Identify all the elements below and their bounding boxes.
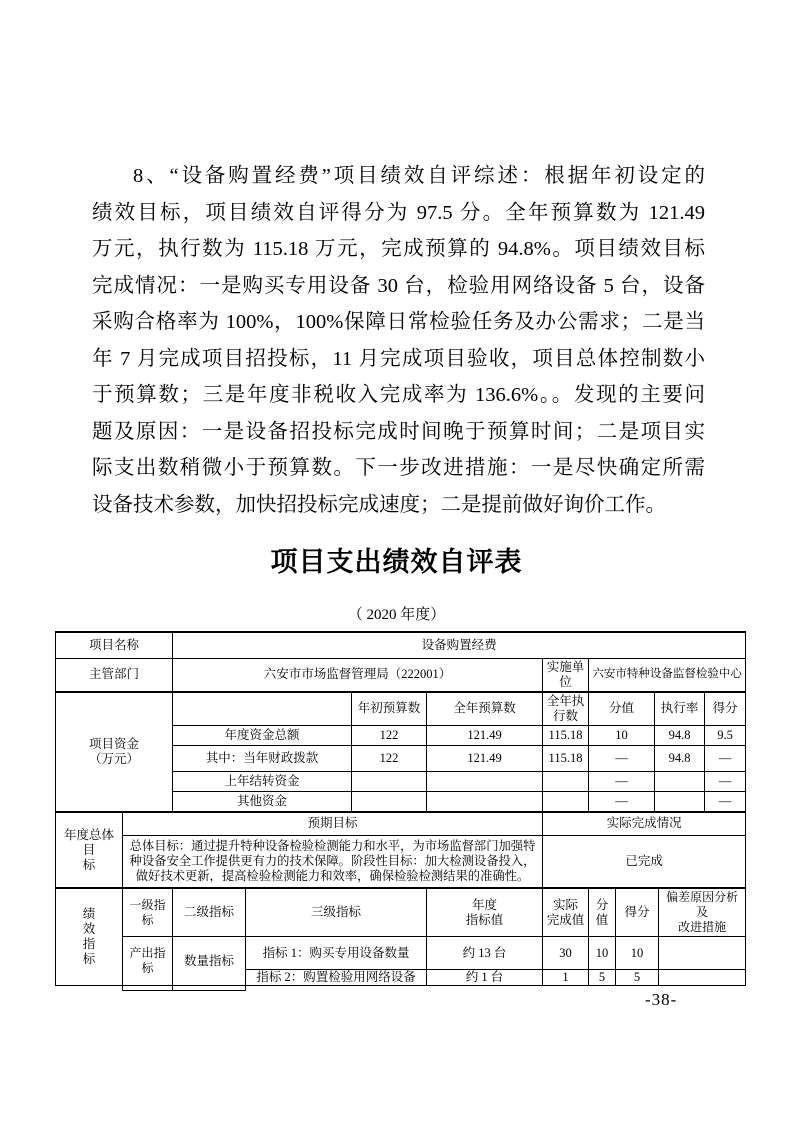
table-pagebreak-line: [122, 986, 123, 991]
table-pagebreak-line: [122, 990, 246, 991]
col-header-annual-executed: 全年执 行数: [543, 692, 589, 726]
cell-goal-label: 年度总体目 标: [56, 812, 123, 888]
cell-funds-rate: 94.8: [655, 725, 705, 745]
cell-indicator-weight: 5: [589, 970, 616, 986]
col-header-level2: 二级指标: [173, 888, 246, 937]
cell-funds-rate: 94.8: [655, 745, 705, 771]
col-header-level3: 三级指标: [246, 888, 427, 937]
cell-impl-unit-value: 六安市特种设备监督检验中心: [589, 658, 746, 692]
page: 8、“设备购置经费”项目绩效自评综述：根据年初设定的 绩效目标，项目绩效自评得分…: [0, 0, 793, 1122]
cell-funds-rate: [655, 771, 705, 791]
cell-funds-initial: 122: [352, 745, 427, 771]
cell-indicator-score: 10: [616, 937, 659, 970]
cell-funds-weight: —: [589, 745, 655, 771]
paragraph-line: 8、“设备购置经费”项目绩效自评综述：根据年初设定的: [92, 158, 705, 195]
self-evaluation-table-grid: 项目名称 设备购置经费 主管部门 六安市市场监督管理局（222001） 实施单 …: [55, 631, 746, 986]
cell-indicator-deviation: [659, 937, 746, 970]
paragraph-line: 完成情况：一是购买专用设备 30 台，检验用网络设备 5 台，设备: [92, 268, 705, 305]
page-number: -38-: [645, 990, 677, 1010]
col-header-target-value: 年度 指标值: [427, 888, 543, 937]
cell-indicator-actual: 30: [543, 937, 589, 970]
cell-funds-row-label: 其中：当年财政拨款: [173, 745, 352, 771]
cell-funds-weight: —: [589, 771, 655, 791]
cell-indicator-target: 约 1 台: [427, 970, 543, 986]
cell-indicator-target: 约 13 台: [427, 937, 543, 970]
cell-indicators-label: 绩 效 指 标: [56, 888, 123, 986]
col-header-weight: 分值: [589, 692, 655, 726]
cell-funds-annual: 121.49: [427, 745, 543, 771]
col-header-deviation: 偏差原因分析及 改进措施: [659, 888, 746, 937]
cell-funds-weight: —: [589, 791, 655, 812]
cell-funds-rate: [655, 791, 705, 812]
table-pagebreak-line: [245, 986, 246, 991]
cell-funds-initial: [352, 791, 427, 812]
col-header-indicator-score: 得分: [616, 888, 659, 937]
col-header-annual-budget: 全年预算数: [427, 692, 543, 726]
cell-funds-annual: [427, 771, 543, 791]
table-pagebreak-line: [172, 986, 173, 991]
col-header-level1: 一级指标: [123, 888, 173, 937]
cell-funds-initial: 122: [352, 725, 427, 745]
cell-funds-row-label: 年度资金总额: [173, 725, 352, 745]
cell-project-name-label: 项目名称: [56, 632, 173, 658]
cell-funds-executed: [543, 791, 589, 812]
cell-funds-score: —: [705, 791, 746, 812]
cell-funds-annual: [427, 791, 543, 812]
self-evaluation-table: 项目名称 设备购置经费 主管部门 六安市市场监督管理局（222001） 实施单 …: [55, 631, 745, 986]
col-header-exec-rate: 执行率: [655, 692, 705, 726]
cell-project-name-value: 设备购置经费: [173, 632, 746, 658]
cell-funds-executed: 115.18: [543, 745, 589, 771]
summary-paragraph: 8、“设备购置经费”项目绩效自评综述：根据年初设定的 绩效目标，项目绩效自评得分…: [92, 158, 705, 523]
cell-funds-row-label: 上年结转资金: [173, 771, 352, 791]
cell-expected-goal-text: 总体目标：通过提升特种设备检验检测能力和水平，为市场监督部门加强特种设备安全工作…: [123, 835, 543, 888]
cell-funds-header-blank: [173, 692, 352, 726]
cell-indicator-weight: 10: [589, 937, 616, 970]
cell-level2-value: 数量指标: [173, 937, 246, 986]
paragraph-line: 题及原因：一是设备招投标完成时间晚于预算时间；二是项目实: [92, 414, 705, 451]
cell-dept-label: 主管部门: [56, 658, 173, 692]
cell-funds-row-label: 其他资金: [173, 791, 352, 812]
cell-funds-score: —: [705, 745, 746, 771]
paragraph-line: 际支出数稍微小于预算数。下一步改进措施：一是尽快确定所需: [92, 450, 705, 487]
paragraph-line: 万元，执行数为 115.18 万元，完成预算的 94.8%。项目绩效目标: [92, 231, 705, 268]
cell-level1-value: 产出指标: [123, 937, 173, 986]
paragraph-line: 采购合格率为 100%，100%保障日常检验任务及办公需求；二是当: [92, 304, 705, 341]
paragraph-line: 绩效目标，项目绩效自评得分为 97.5 分。全年预算数为 121.49: [92, 195, 705, 232]
cell-funds-executed: [543, 771, 589, 791]
doc-title: 项目支出绩效自评表: [0, 540, 793, 579]
paragraph-line: 年 7 月完成项目招投标，11 月完成项目验收，项目总体控制数小: [92, 341, 705, 378]
cell-funds-weight: 10: [589, 725, 655, 745]
cell-funds-score: —: [705, 771, 746, 791]
paragraph-line: 设备技术参数，加快招投标完成速度；二是提前做好询价工作。: [92, 487, 705, 524]
paragraph-line: 于预算数；三是年度非税收入完成率为 136.6%。。发现的主要问: [92, 377, 705, 414]
cell-funds-executed: 115.18: [543, 725, 589, 745]
cell-funds-annual: 121.49: [427, 725, 543, 745]
cell-impl-unit-label: 实施单 位: [543, 658, 589, 692]
cell-funds-score: 9.5: [705, 725, 746, 745]
col-header-score: 得分: [705, 692, 746, 726]
col-header-actual-completion: 实际完成情况: [543, 812, 746, 835]
cell-funds-label: 项目资金 （万元）: [56, 692, 173, 813]
cell-funds-initial: [352, 771, 427, 791]
cell-dept-value: 六安市市场监督管理局（222001）: [173, 658, 543, 692]
col-header-expected-goal: 预期目标: [123, 812, 543, 835]
col-header-actual-value: 实际 完成值: [543, 888, 589, 937]
cell-actual-completion-text: 已完成: [543, 835, 746, 888]
doc-year-subtitle: （ 2020 年度）: [0, 603, 793, 624]
col-header-initial-budget: 年初预算数: [352, 692, 427, 726]
cell-indicator-actual: 1: [543, 970, 589, 986]
cell-indicator-deviation: [659, 970, 746, 986]
cell-indicator-score: 5: [616, 970, 659, 986]
cell-indicator-name: 指标 1：购买专用设备数量: [246, 937, 427, 970]
cell-indicator-name: 指标 2：购置检验用网络设备: [246, 970, 427, 986]
col-header-indicator-weight: 分 值: [589, 888, 616, 937]
